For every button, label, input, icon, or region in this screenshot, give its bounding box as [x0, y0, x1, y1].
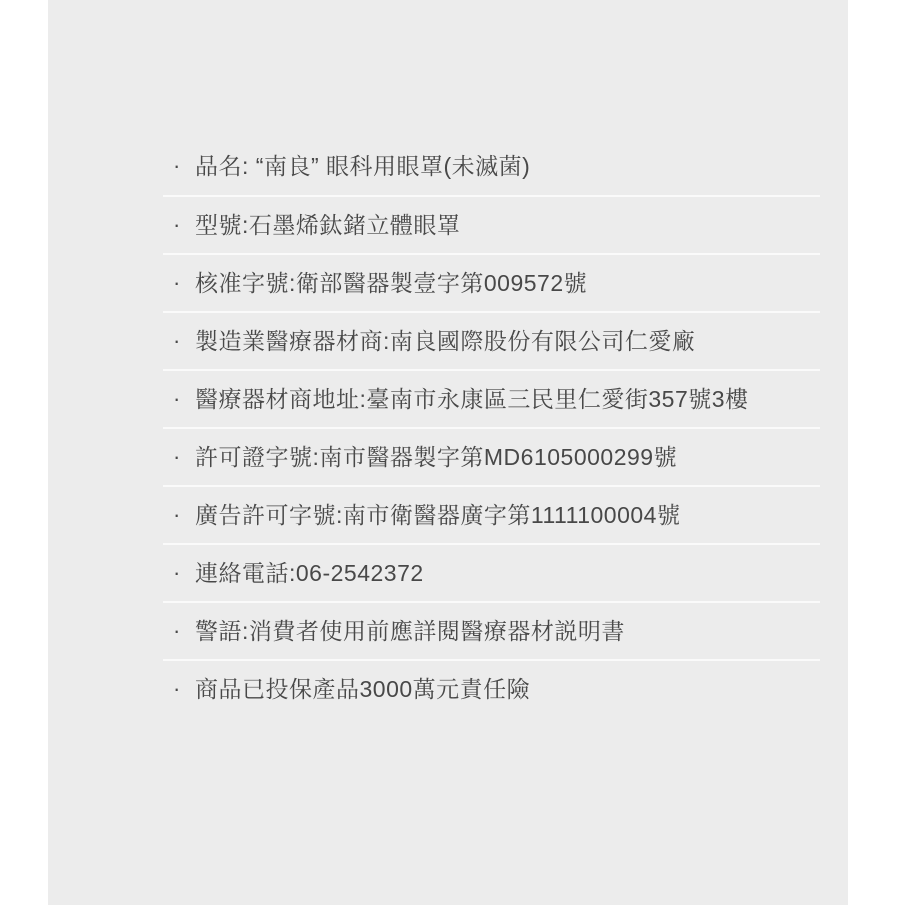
bullet-icon: ·	[173, 214, 195, 236]
contact-phone-text: 連絡電話:06-2542372	[195, 559, 424, 588]
license-number-text: 許可證字號:南市醫器製字第MD6105000299號	[195, 443, 677, 472]
model-number-text: 型號:石墨烯鈦鍺立體眼罩	[195, 211, 460, 240]
product-name-text: 品名: “南良” 眼科用眼罩(未滅菌)	[195, 152, 530, 181]
list-item: · 核准字號:衛部醫器製壹字第009572號	[163, 253, 820, 311]
bullet-icon: ·	[173, 562, 195, 584]
warning-text: 警語:消費者使用前應詳閱醫療器材説明書	[195, 617, 625, 646]
ad-permit-number-text: 廣告許可字號:南市衛醫器廣字第1111100004號	[195, 501, 680, 530]
page: · 品名: “南良” 眼科用眼罩(未滅菌) · 型號:石墨烯鈦鍺立體眼罩 · 核…	[0, 0, 905, 905]
list-item: · 醫療器材商地址:臺南市永康區三民里仁愛街357號3樓	[163, 369, 820, 427]
approval-number-text: 核准字號:衛部醫器製壹字第009572號	[195, 269, 587, 298]
manufacturer-address-text: 醫療器材商地址:臺南市永康區三民里仁愛街357號3樓	[195, 385, 749, 414]
product-info-list: · 品名: “南良” 眼科用眼罩(未滅菌) · 型號:石墨烯鈦鍺立體眼罩 · 核…	[163, 137, 820, 717]
bullet-icon: ·	[173, 272, 195, 294]
list-item: · 型號:石墨烯鈦鍺立體眼罩	[163, 195, 820, 253]
list-item: · 許可證字號:南市醫器製字第MD6105000299號	[163, 427, 820, 485]
list-item: · 廣告許可字號:南市衛醫器廣字第1111100004號	[163, 485, 820, 543]
list-item: · 警語:消費者使用前應詳閱醫療器材説明書	[163, 601, 820, 659]
bullet-icon: ·	[173, 620, 195, 642]
list-item: · 品名: “南良” 眼科用眼罩(未滅菌)	[163, 137, 820, 195]
bullet-icon: ·	[173, 446, 195, 468]
manufacturer-text: 製造業醫療器材商:南良國際股份有限公司仁愛廠	[195, 327, 695, 356]
bullet-icon: ·	[173, 504, 195, 526]
list-item: · 連絡電話:06-2542372	[163, 543, 820, 601]
product-info-panel: · 品名: “南良” 眼科用眼罩(未滅菌) · 型號:石墨烯鈦鍺立體眼罩 · 核…	[48, 0, 848, 905]
bullet-icon: ·	[173, 330, 195, 352]
list-item: · 商品已投保產品3000萬元責任險	[163, 659, 820, 717]
insurance-text: 商品已投保產品3000萬元責任險	[195, 675, 530, 704]
list-item: · 製造業醫療器材商:南良國際股份有限公司仁愛廠	[163, 311, 820, 369]
bullet-icon: ·	[173, 155, 195, 177]
bullet-icon: ·	[173, 388, 195, 410]
bullet-icon: ·	[173, 678, 195, 700]
